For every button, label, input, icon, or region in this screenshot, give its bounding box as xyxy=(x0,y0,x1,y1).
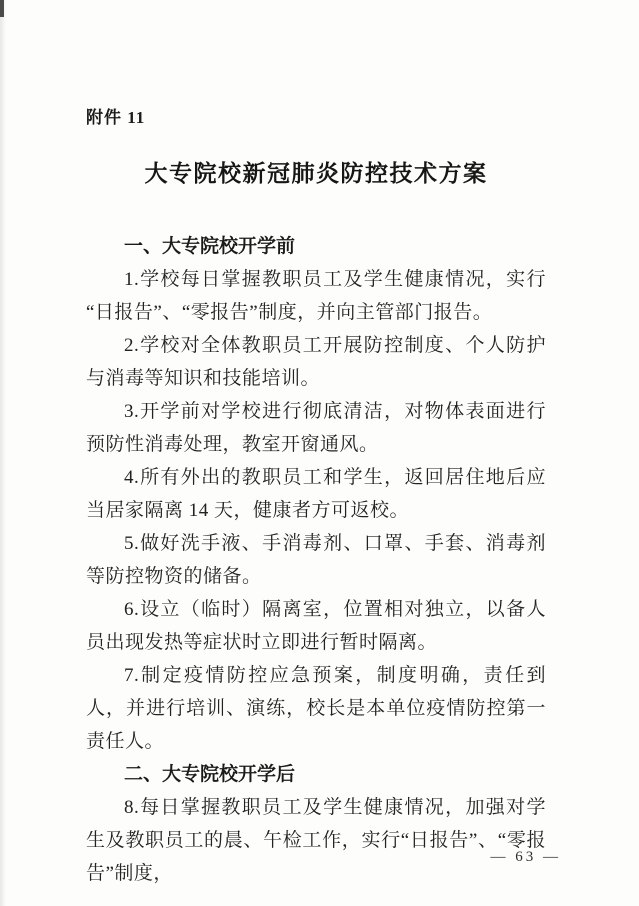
document-content: 附件 11 大专院校新冠肺炎防控技术方案 一、大专院校开学前 1.学校每日掌握教… xyxy=(86,103,546,890)
attachment-label: 附件 11 xyxy=(86,103,546,128)
paragraph-item-4: 4.所有外出的教职员工和学生，返回居住地后应当居家隔离 14 天，健康者方可返校… xyxy=(86,461,546,527)
document-title: 大专院校新冠肺炎防控技术方案 xyxy=(86,155,546,188)
paragraph-item-3: 3.开学前对学校进行彻底清洁，对物体表面进行预防性消毒处理，教室开窗通风。 xyxy=(86,395,546,461)
paragraph-item-7: 7.制定疫情防控应急预案，制度明确，责任到人，并进行培训、演练，校长是本单位疫情… xyxy=(86,659,546,758)
page-number: — 63 — xyxy=(491,849,562,866)
paragraph-item-5: 5.做好洗手液、手消毒剂、口罩、手套、消毒剂等防控物资的储备。 xyxy=(86,527,546,593)
paragraph-item-2: 2.学校对全体教职员工开展防控制度、个人防护与消毒等知识和技能培训。 xyxy=(86,329,546,395)
section-heading-before-opening: 一、大专院校开学前 xyxy=(86,230,546,263)
paragraph-item-8: 8.每日掌握教职员工及学生健康情况，加强对学生及教职员工的晨、午检工作，实行“日… xyxy=(86,791,546,890)
paragraph-item-6: 6.设立（临时）隔离室，位置相对独立，以备人员出现发热等症状时立即进行暂时隔离。 xyxy=(86,593,546,659)
document-body: 一、大专院校开学前 1.学校每日掌握教职员工及学生健康情况，实行“日报告”、“零… xyxy=(86,230,546,890)
scan-left-edge-shadow xyxy=(0,0,6,906)
section-heading-after-opening: 二、大专院校开学后 xyxy=(86,758,546,791)
scan-corner-artifact xyxy=(0,0,4,17)
paragraph-item-1: 1.学校每日掌握教职员工及学生健康情况，实行“日报告”、“零报告”制度，并向主管… xyxy=(86,263,546,329)
scanned-document-page: 附件 11 大专院校新冠肺炎防控技术方案 一、大专院校开学前 1.学校每日掌握教… xyxy=(0,0,639,906)
